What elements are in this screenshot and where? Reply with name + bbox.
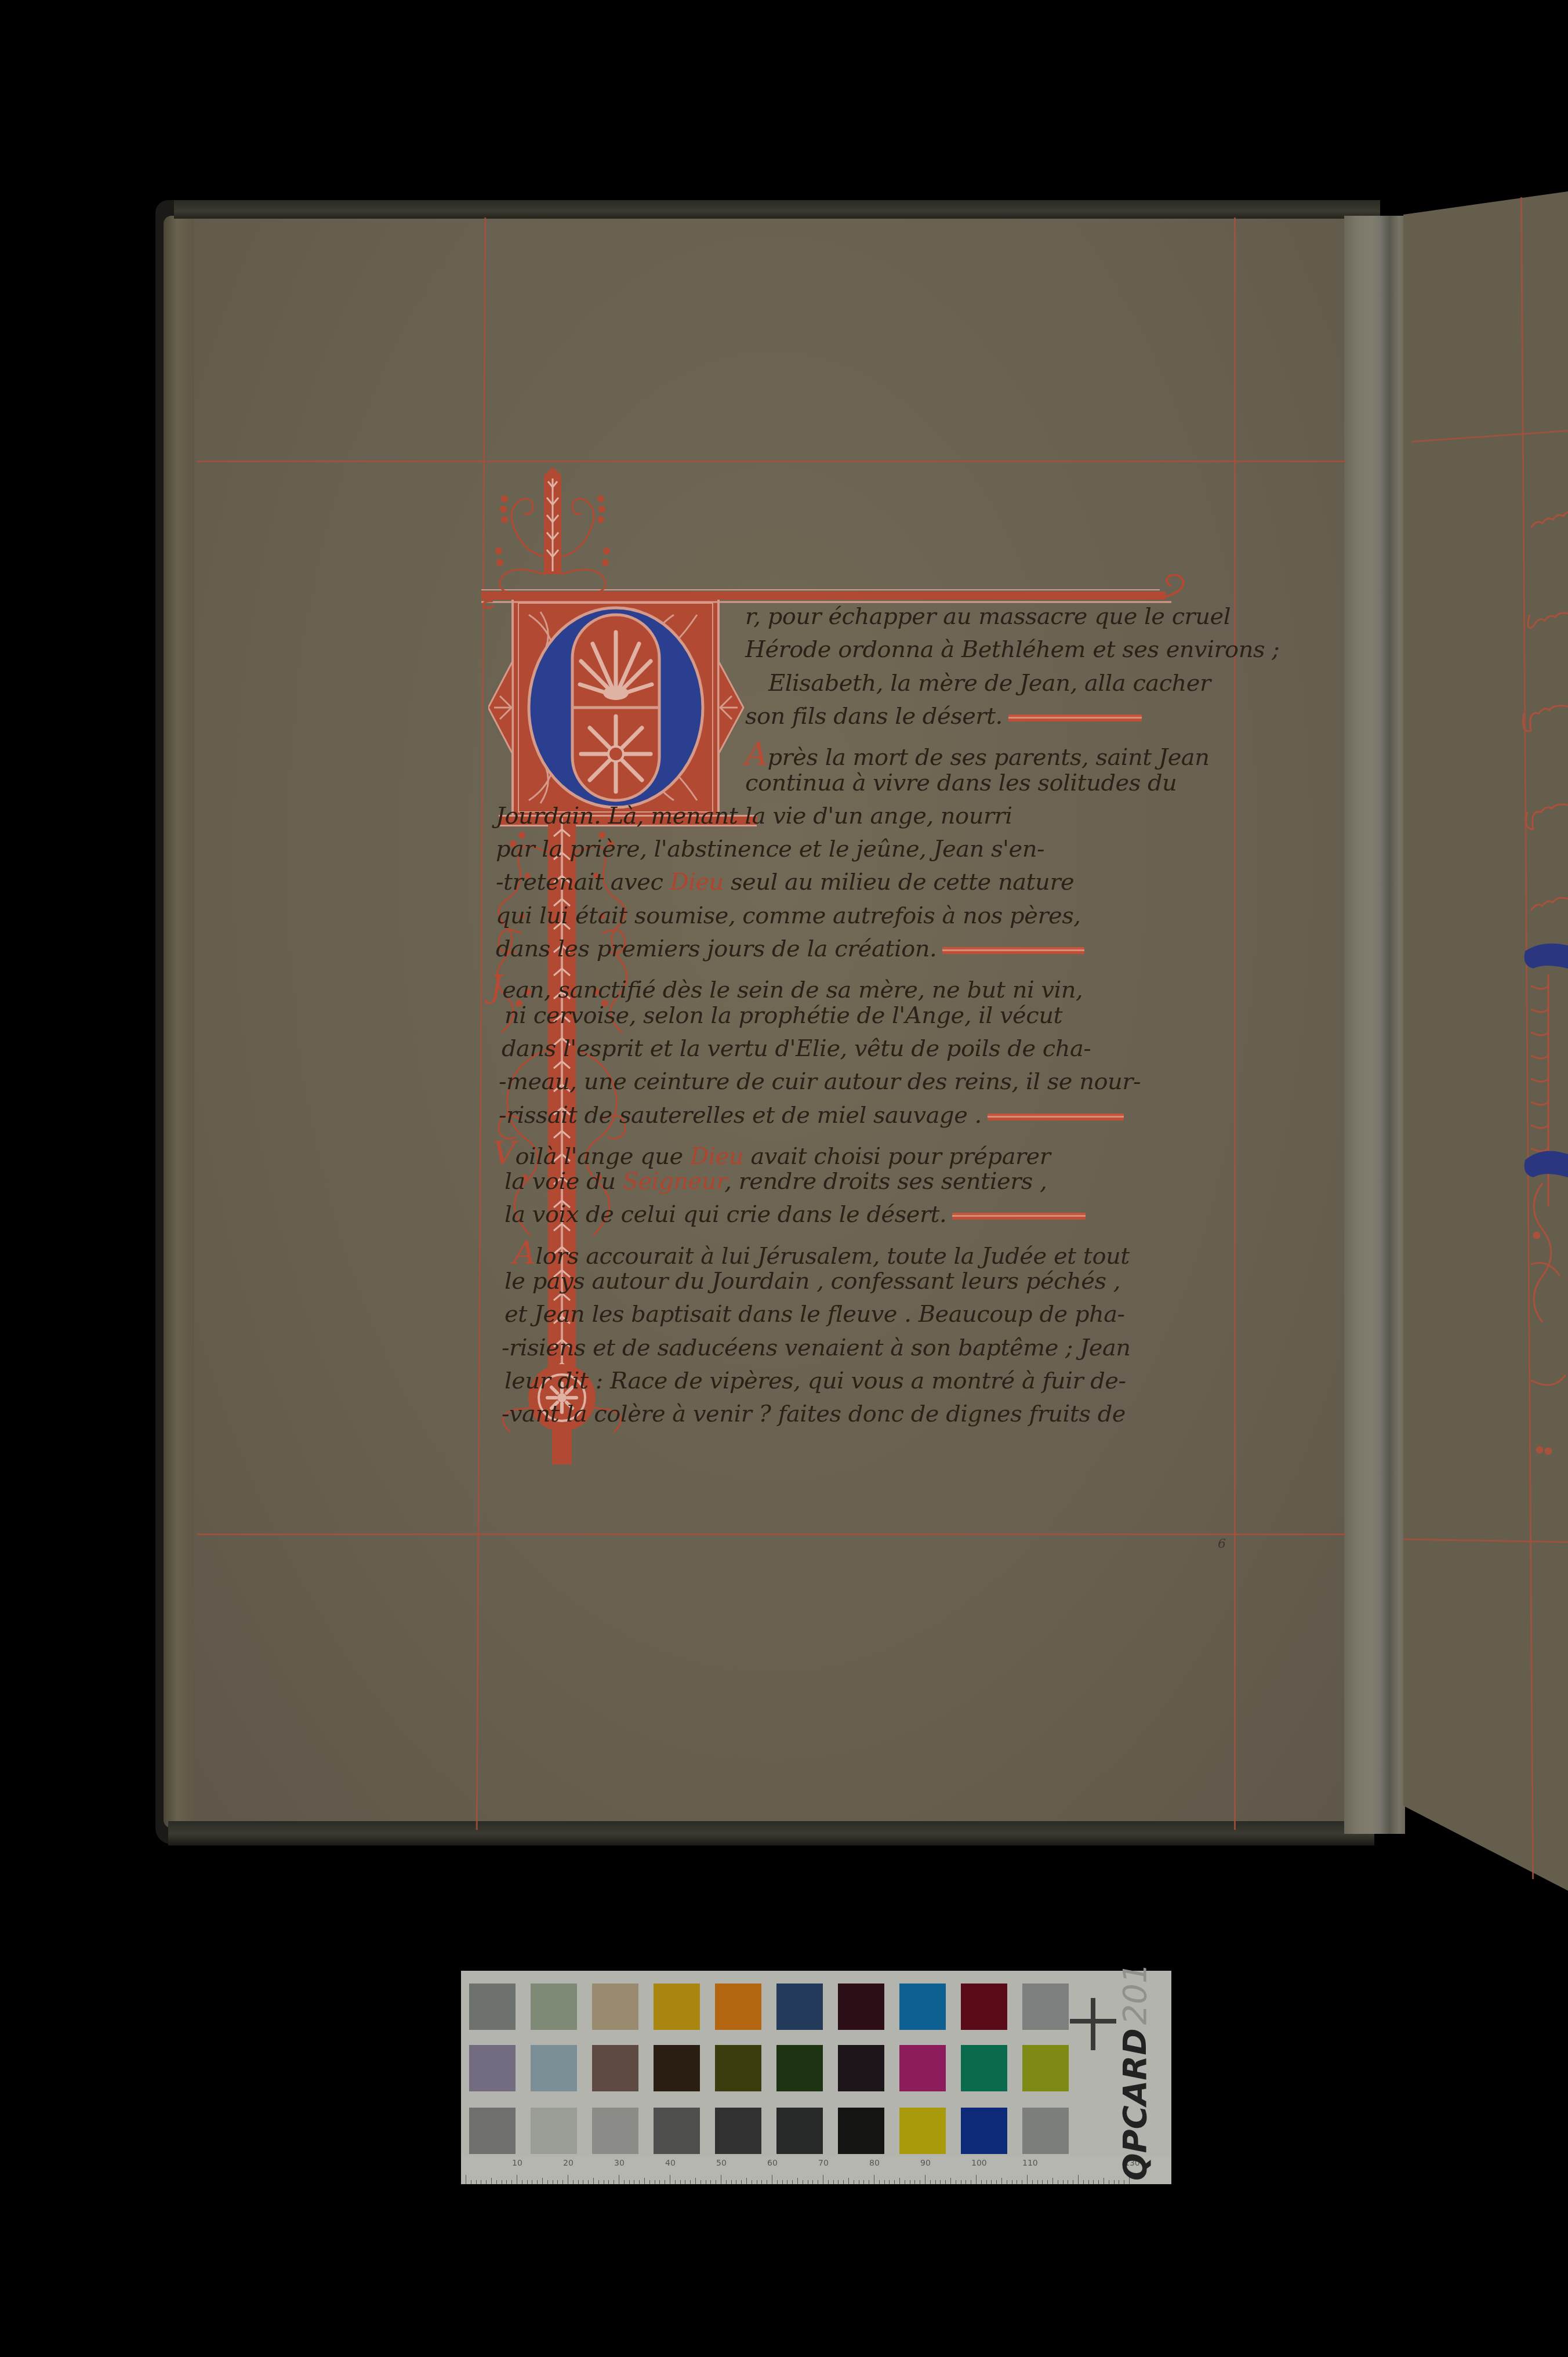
ruler-tick: [976, 2175, 977, 2184]
ruler-tick: [568, 2175, 568, 2184]
ruler-tick: [869, 2180, 869, 2184]
ruler-tick: [761, 2180, 762, 2184]
line-text: ni cervoise, selon la prophétie de l'Ang…: [504, 1002, 1062, 1029]
page-number: 6: [1218, 1537, 1226, 1551]
ruler-tick: [680, 2180, 681, 2184]
ruler-tick: [502, 2180, 502, 2184]
color-swatch: [592, 1983, 638, 2030]
ruler-tick: [527, 2180, 528, 2184]
ruler-tick: [956, 2180, 956, 2184]
text-line: -rissait de sauterelles et de miel sauva…: [499, 1102, 1124, 1129]
ruler-tick: [532, 2180, 532, 2184]
illuminated-initial-o: [488, 592, 755, 824]
ruler-tick: [777, 2180, 778, 2184]
ruler-tick: [593, 2178, 594, 2184]
rubric-word: Dieu: [690, 1143, 743, 1170]
color-swatch: [899, 1983, 946, 2030]
ruler-tick: [1078, 2175, 1079, 2184]
rubric-capital: J: [490, 969, 502, 1005]
book-gutter: [1344, 216, 1405, 1834]
ruler-tick: [1052, 2178, 1053, 2184]
ruler-tick: [1068, 2180, 1068, 2184]
line-filler-bar: [988, 1114, 1124, 1121]
text-line: la voie du Seigneur, rendre droits ses s…: [504, 1168, 1047, 1195]
ruler-tick: [905, 2180, 905, 2184]
book-cover-bottom-edge: [168, 1821, 1374, 1845]
ruler-tick: [940, 2180, 941, 2184]
ruler-tick: [848, 2178, 849, 2184]
card-ruler: 102030405060708090100110130: [461, 2156, 1171, 2184]
ruler-tick: [522, 2180, 522, 2184]
ruler-tick: [1001, 2178, 1002, 2184]
ruler-tick: [1119, 2180, 1119, 2184]
line-text: dans l'esprit et la vertu d'Elie, vêtu d…: [502, 1035, 1091, 1062]
color-swatch: [776, 2108, 823, 2154]
ruler-tick: [838, 2180, 839, 2184]
ruler-tick: [874, 2175, 874, 2184]
ruler-tick: [491, 2178, 492, 2184]
ruler-tick: [920, 2180, 920, 2184]
ruler-tick: [604, 2180, 604, 2184]
text-line: dans les premiers jours de la création.: [496, 935, 1084, 962]
ruler-tick: [716, 2180, 716, 2184]
text-line: Hérode ordonna à Bethléhem et ses enviro…: [745, 636, 1279, 663]
ruler-tick: [1037, 2180, 1038, 2184]
ruler-tick: [553, 2180, 553, 2184]
text-line: par la prière, l'abstinence et le jeûne,…: [496, 836, 1044, 862]
ruler-tick: [950, 2178, 951, 2184]
ruling-vertical-right: [1234, 217, 1236, 1830]
color-swatch: [715, 1983, 761, 2030]
text-line: -meau, une ceinture de cuir autour des r…: [499, 1068, 1141, 1095]
qpcard-logo: QPCARD201: [1116, 2018, 1163, 2181]
text-line: r, pour échapper au massacre que le crue…: [745, 603, 1231, 630]
ruler-tick: [598, 2180, 599, 2184]
ruler-tick: [675, 2180, 676, 2184]
text-line: Elisabeth, la mère de Jean, alla cacher: [768, 670, 1211, 697]
color-swatch: [961, 2045, 1007, 2091]
ruler-tick: [1042, 2180, 1043, 2184]
top-finial-ornament: [487, 464, 626, 597]
line-text: -vant la colère à venir ? faites donc de…: [502, 1401, 1126, 1427]
ruler-label: 50: [716, 2159, 727, 2168]
ruling-horizontal-bottom: [197, 1533, 1345, 1535]
ruler-tick: [1104, 2178, 1104, 2184]
ruler-tick: [945, 2180, 946, 2184]
line-text: lors accourait à lui Jérusalem, toute la…: [536, 1243, 1130, 1270]
rubric-capital: V: [493, 1135, 516, 1172]
ruler-tick: [466, 2175, 466, 2184]
ruler-tick: [639, 2180, 640, 2184]
rubric-word: Seigneur: [623, 1168, 724, 1195]
line-text: ean, sanctifié dès le sein de sa mère, n…: [502, 977, 1083, 1003]
ruler-tick: [981, 2180, 982, 2184]
ruler-tick: [996, 2180, 997, 2184]
ruler-tick: [629, 2180, 630, 2184]
color-swatch: [961, 1983, 1007, 2030]
ruler-tick: [752, 2180, 752, 2184]
text-line: la voix de celui qui crie dans le désert…: [504, 1201, 1086, 1228]
line-text-lead: -tretenait avec: [496, 869, 670, 895]
ruler-tick: [910, 2180, 910, 2184]
text-line: -tretenait avec Dieu seul au milieu de c…: [496, 869, 1074, 895]
ruler-label: 40: [665, 2159, 676, 2168]
line-filler-bar: [952, 1213, 1086, 1220]
ruler-tick: [608, 2180, 609, 2184]
ruler-tick: [710, 2180, 711, 2184]
ruler-tick: [1083, 2180, 1084, 2184]
ruler-tick: [1114, 2180, 1115, 2184]
color-swatch: [531, 2045, 577, 2091]
line-text: dans les premiers jours de la création.: [496, 935, 937, 962]
ruler-tick: [670, 2175, 670, 2184]
ruler-tick: [1098, 2180, 1099, 2184]
ruler-tick: [1047, 2180, 1048, 2184]
ruler-tick: [1093, 2180, 1094, 2184]
color-swatch: [654, 2045, 700, 2091]
color-swatch: [838, 2045, 884, 2091]
color-swatch: [1022, 1983, 1069, 2030]
ruler-tick: [517, 2175, 517, 2184]
ruler-tick: [818, 2180, 818, 2184]
ruler-tick: [486, 2180, 487, 2184]
color-swatch: [469, 2108, 516, 2154]
ruler-tick: [879, 2180, 880, 2184]
color-swatch: [776, 1983, 823, 2030]
text-line: ni cervoise, selon la prophétie de l'Ang…: [504, 1002, 1062, 1029]
ruler-label: 90: [920, 2159, 931, 2168]
line-text: le pays autour du Jourdain , confessant …: [504, 1268, 1120, 1294]
ruler-tick: [624, 2180, 625, 2184]
ruler-tick: [1012, 2180, 1012, 2184]
ruler-tick: [706, 2180, 706, 2184]
text-line: -risiens et de saducéens venaient à son …: [502, 1335, 1131, 1361]
ruler-tick: [889, 2180, 890, 2184]
line-text: , rendre droits ses sentiers ,: [724, 1168, 1047, 1195]
ruler-tick: [690, 2180, 691, 2184]
line-text: son fils dans le désert.: [745, 703, 1003, 730]
ruler-tick: [772, 2175, 772, 2184]
ruler-tick: [986, 2180, 987, 2184]
ruler-tick: [935, 2180, 936, 2184]
ruling-horizontal-top: [197, 460, 1345, 462]
color-swatch: [469, 1983, 516, 2030]
ruler-tick: [1088, 2180, 1089, 2184]
color-swatch: [1022, 2108, 1069, 2154]
ruler-tick: [655, 2180, 655, 2184]
text-line: Voilà l'ange que Dieu avait choisi pour …: [493, 1135, 1050, 1172]
ruler-tick: [1124, 2180, 1124, 2184]
ruler-tick: [859, 2180, 859, 2184]
color-swatch: [654, 2108, 700, 2154]
ruler-tick: [659, 2180, 660, 2184]
text-line: Jourdain. Là, menant la vie d'un ange, n…: [496, 803, 1012, 829]
ruler-label: 80: [869, 2159, 880, 2168]
line-filler-bar: [942, 947, 1084, 954]
ruler-tick: [471, 2180, 471, 2184]
ruler-tick: [961, 2180, 961, 2184]
ruler-tick: [731, 2180, 732, 2184]
color-swatches: [461, 1971, 1171, 2156]
ruler-tick: [578, 2180, 579, 2184]
right-page-ornament: [1519, 510, 1568, 1554]
crosshair-icon: [1070, 1998, 1116, 2050]
ruler-tick: [787, 2180, 787, 2184]
line-text: -meau, une ceinture de cuir autour des r…: [499, 1068, 1141, 1095]
line-text: et Jean les baptisait dans le fleuve . B…: [504, 1301, 1125, 1328]
ruler-tick: [930, 2180, 931, 2184]
ruler-tick: [562, 2180, 563, 2184]
color-swatch: [592, 2108, 638, 2154]
qpcard-model: 201: [1116, 1963, 1154, 2025]
ruler-label: 60: [767, 2159, 778, 2168]
line-text: Elisabeth, la mère de Jean, alla cacher: [768, 670, 1211, 697]
ruler-label: 110: [1022, 2159, 1038, 2168]
ruler-tick: [971, 2180, 971, 2184]
text-line: et Jean les baptisait dans le fleuve . B…: [504, 1301, 1125, 1328]
color-swatch: [715, 2045, 761, 2091]
ruler-label: 70: [818, 2159, 829, 2168]
text-line: le pays autour du Jourdain , confessant …: [504, 1268, 1120, 1294]
line-text: près la mort de ses parents, saint Jean: [768, 744, 1210, 771]
color-swatch: [899, 2045, 946, 2091]
rubric-word: Dieu: [670, 869, 724, 895]
ruler-tick: [619, 2175, 619, 2184]
ruler-tick: [767, 2180, 767, 2184]
book-cover-top-edge: [174, 200, 1380, 219]
text-line: Jean, sanctifié dès le sein de sa mère, …: [490, 969, 1083, 1005]
text-line: continua à vivre dans les solitudes du: [745, 770, 1177, 796]
line-text: seul au milieu de cette nature: [731, 869, 1074, 895]
text-line: dans l'esprit et la vertu d'Elie, vêtu d…: [502, 1035, 1091, 1062]
ruler-tick: [843, 2180, 844, 2184]
text-line: -vant la colère à venir ? faites donc de…: [502, 1401, 1126, 1427]
ruler-tick: [511, 2180, 512, 2184]
ruler-tick: [1007, 2180, 1007, 2184]
ruler-tick: [644, 2178, 645, 2184]
color-swatch: [654, 1983, 700, 2030]
ruler-tick: [614, 2180, 614, 2184]
color-swatch: [899, 2108, 946, 2154]
line-text: par la prière, l'abstinence et le jeûne,…: [496, 836, 1044, 862]
ruler-tick: [665, 2180, 665, 2184]
color-swatch: [531, 1983, 577, 2030]
ruler-tick: [812, 2180, 813, 2184]
ruler-tick: [1022, 2180, 1022, 2184]
qpcard-brand: QPCARD: [1116, 2028, 1154, 2181]
ruler-tick: [506, 2180, 507, 2184]
line-text: la voix de celui qui crie dans le désert…: [504, 1201, 946, 1228]
line-text: leur dit : Race de vipères, qui vous a m…: [504, 1368, 1126, 1394]
ruler-label: 20: [563, 2159, 574, 2168]
line-text: avait choisi pour préparer: [750, 1143, 1050, 1170]
ruler-tick: [1017, 2180, 1017, 2184]
ruler-tick: [573, 2180, 574, 2184]
line-text: qui lui était soumise, comme autrefois à…: [496, 902, 1080, 929]
ruler-tick: [854, 2180, 854, 2184]
color-swatch: [838, 1983, 884, 2030]
ruler-tick: [557, 2180, 558, 2184]
ruler-tick: [721, 2175, 721, 2184]
ruler-tick: [649, 2180, 650, 2184]
line-text: Jourdain. Là, menant la vie d'un ange, n…: [496, 803, 1012, 829]
text-line: leur dit : Race de vipères, qui vous a m…: [504, 1368, 1126, 1394]
ruler-tick: [583, 2180, 583, 2184]
line-text-lead: oilà l'ange que: [516, 1143, 690, 1170]
ruler-tick: [914, 2180, 915, 2184]
text-line: Après la mort de ses parents, saint Jean: [745, 736, 1209, 773]
ruler-tick: [588, 2180, 589, 2184]
ruler-tick: [700, 2180, 701, 2184]
color-swatch: [715, 2108, 761, 2154]
ruler-tick: [863, 2180, 864, 2184]
ruler-tick: [884, 2180, 885, 2184]
ruler-tick: [481, 2180, 481, 2184]
text-line: qui lui était soumise, comme autrefois à…: [496, 902, 1080, 929]
ruler-tick: [828, 2180, 829, 2184]
ruler-tick: [833, 2180, 834, 2184]
color-swatch: [592, 2045, 638, 2091]
color-swatch: [838, 2108, 884, 2154]
rubric-capital: A: [513, 1235, 536, 1271]
ruler-tick: [1032, 2180, 1033, 2184]
ruler-tick: [741, 2180, 742, 2184]
ruler-tick: [823, 2175, 823, 2184]
ruler-tick: [542, 2178, 543, 2184]
ruler-tick: [736, 2180, 736, 2184]
ruler-tick: [808, 2180, 808, 2184]
line-text: -risiens et de saducéens venaient à son …: [502, 1335, 1131, 1361]
ruler-tick: [537, 2180, 538, 2184]
line-text: r, pour échapper au massacre que le crue…: [745, 603, 1231, 630]
ruler-label: 10: [512, 2159, 522, 2168]
color-swatch: [469, 2045, 516, 2091]
ruler-tick: [1073, 2180, 1073, 2184]
line-text: continua à vivre dans les solitudes du: [745, 770, 1177, 796]
color-swatch: [776, 2045, 823, 2091]
text-line: Alors accourait à lui Jérusalem, toute l…: [513, 1235, 1130, 1271]
ruler-label: 30: [614, 2159, 625, 2168]
ruler-tick: [726, 2180, 727, 2184]
ruler-tick: [899, 2178, 900, 2184]
ruler-tick: [925, 2175, 925, 2184]
rubric-capital: A: [745, 736, 768, 773]
ruler-tick: [1058, 2180, 1058, 2184]
ruler-tick: [547, 2180, 548, 2184]
color-swatch: [531, 2108, 577, 2154]
ruler-tick: [496, 2180, 497, 2184]
ruler-tick: [991, 2180, 992, 2184]
ruler-tick: [685, 2180, 685, 2184]
line-text: Hérode ordonna à Bethléhem et ses enviro…: [745, 636, 1279, 663]
ruler-tick: [634, 2180, 634, 2184]
line-text: -rissait de sauterelles et de miel sauva…: [499, 1102, 982, 1129]
color-swatch: [1022, 2045, 1069, 2091]
ruler-tick: [797, 2178, 798, 2184]
ruler-tick: [782, 2180, 783, 2184]
ruler-tick: [1063, 2180, 1064, 2184]
color-swatch: [961, 2108, 1007, 2154]
ruler-tick: [476, 2180, 477, 2184]
ruler-tick: [803, 2180, 803, 2184]
ruler-tick: [757, 2180, 757, 2184]
ruler-tick: [966, 2180, 966, 2184]
ruler-tick: [894, 2180, 895, 2184]
ruler-tick: [792, 2180, 793, 2184]
ruler-label: 100: [971, 2159, 987, 2168]
line-text-lead: la voie du: [504, 1168, 623, 1195]
ruler-tick: [695, 2178, 696, 2184]
ruler-tick: [746, 2178, 747, 2184]
page-edges: [164, 216, 197, 1828]
ruler-tick: [1027, 2175, 1028, 2184]
ruler-tick: [1109, 2180, 1109, 2184]
line-filler-bar: [1008, 715, 1142, 721]
text-line: son fils dans le désert.: [745, 703, 1142, 730]
